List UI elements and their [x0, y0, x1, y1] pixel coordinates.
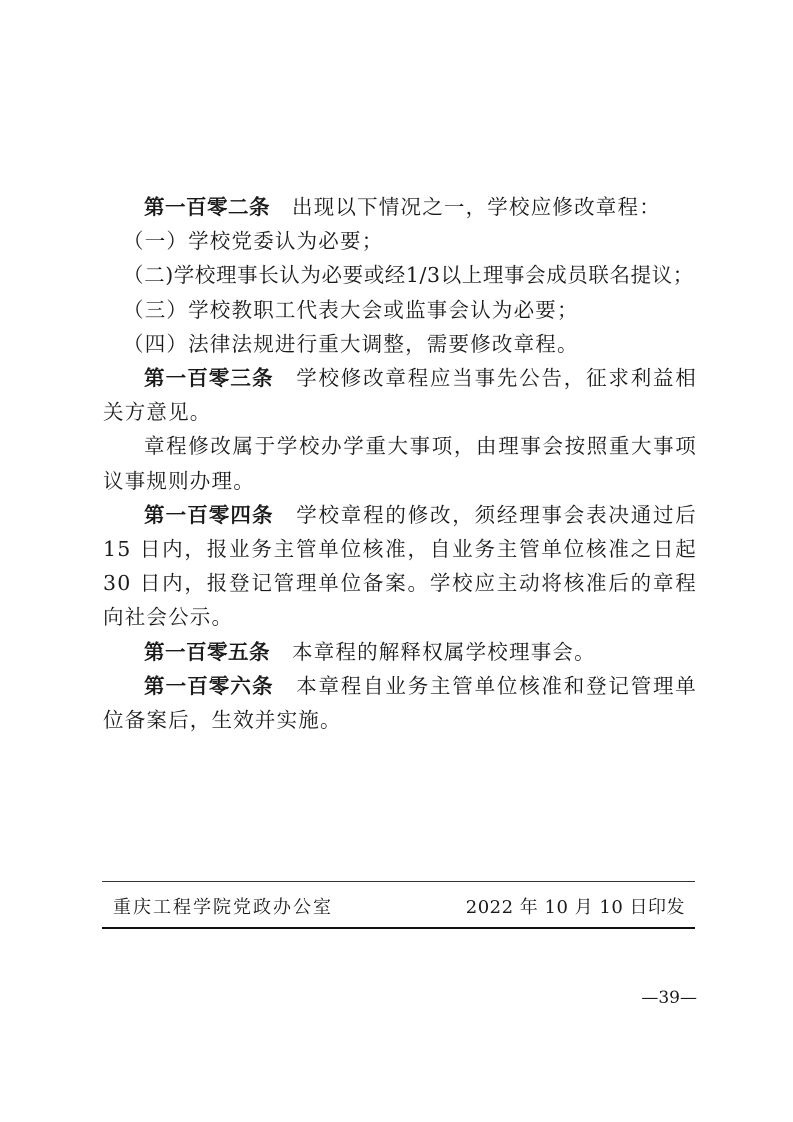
list-item: （二)学校理事长认为必要或经1/3以上理事会成员联名提议； — [103, 258, 697, 292]
article-105: 第一百零五条本章程的解释权属学校理事会。 — [103, 635, 697, 669]
document-page: 第一百零二条出现以下情况之一，学校应修改章程： （一）学校党委认为必要； （二)… — [0, 0, 793, 1122]
article-104: 第一百零四条学校章程的修改，须经理事会表决通过后 15 日内，报业务主管单位核准… — [103, 498, 697, 635]
footer-bottom-rule — [102, 927, 695, 929]
article-text: 出现以下情况之一，学校应修改章程： — [292, 195, 661, 219]
article-label: 第一百零二条 — [144, 195, 270, 219]
page-number: —39— — [641, 988, 697, 1008]
issue-date: 2022 年 10 月 10 日印发 — [466, 893, 685, 919]
list-item: （一）学校党委认为必要； — [103, 224, 697, 258]
list-item: （四）法律法规进行重大调整，需要修改章程。 — [103, 327, 697, 361]
article-label: 第一百零五条 — [144, 640, 270, 664]
article-102: 第一百零二条出现以下情况之一，学校应修改章程： — [103, 190, 697, 224]
article-106: 第一百零六条本章程自业务主管单位核准和登记管理单位备案后，生效并实施。 — [103, 669, 697, 737]
footer-top-rule — [102, 881, 695, 882]
article-103: 第一百零三条学校修改章程应当事先公告，征求利益相关方意见。 — [103, 361, 697, 429]
article-text: 本章程的解释权属学校理事会。 — [292, 640, 596, 664]
document-body: 第一百零二条出现以下情况之一，学校应修改章程： （一）学校党委认为必要； （二)… — [103, 190, 697, 737]
list-item: （三）学校教职工代表大会或监事会认为必要； — [103, 293, 697, 327]
issuer: 重庆工程学院党政办公室 — [113, 893, 333, 919]
article-label: 第一百零四条 — [144, 503, 274, 527]
article-label: 第一百零六条 — [144, 674, 274, 698]
article-label: 第一百零三条 — [144, 366, 274, 390]
article-103-paragraph: 章程修改属于学校办学重大事项，由理事会按照重大事项议事规则办理。 — [103, 429, 697, 497]
